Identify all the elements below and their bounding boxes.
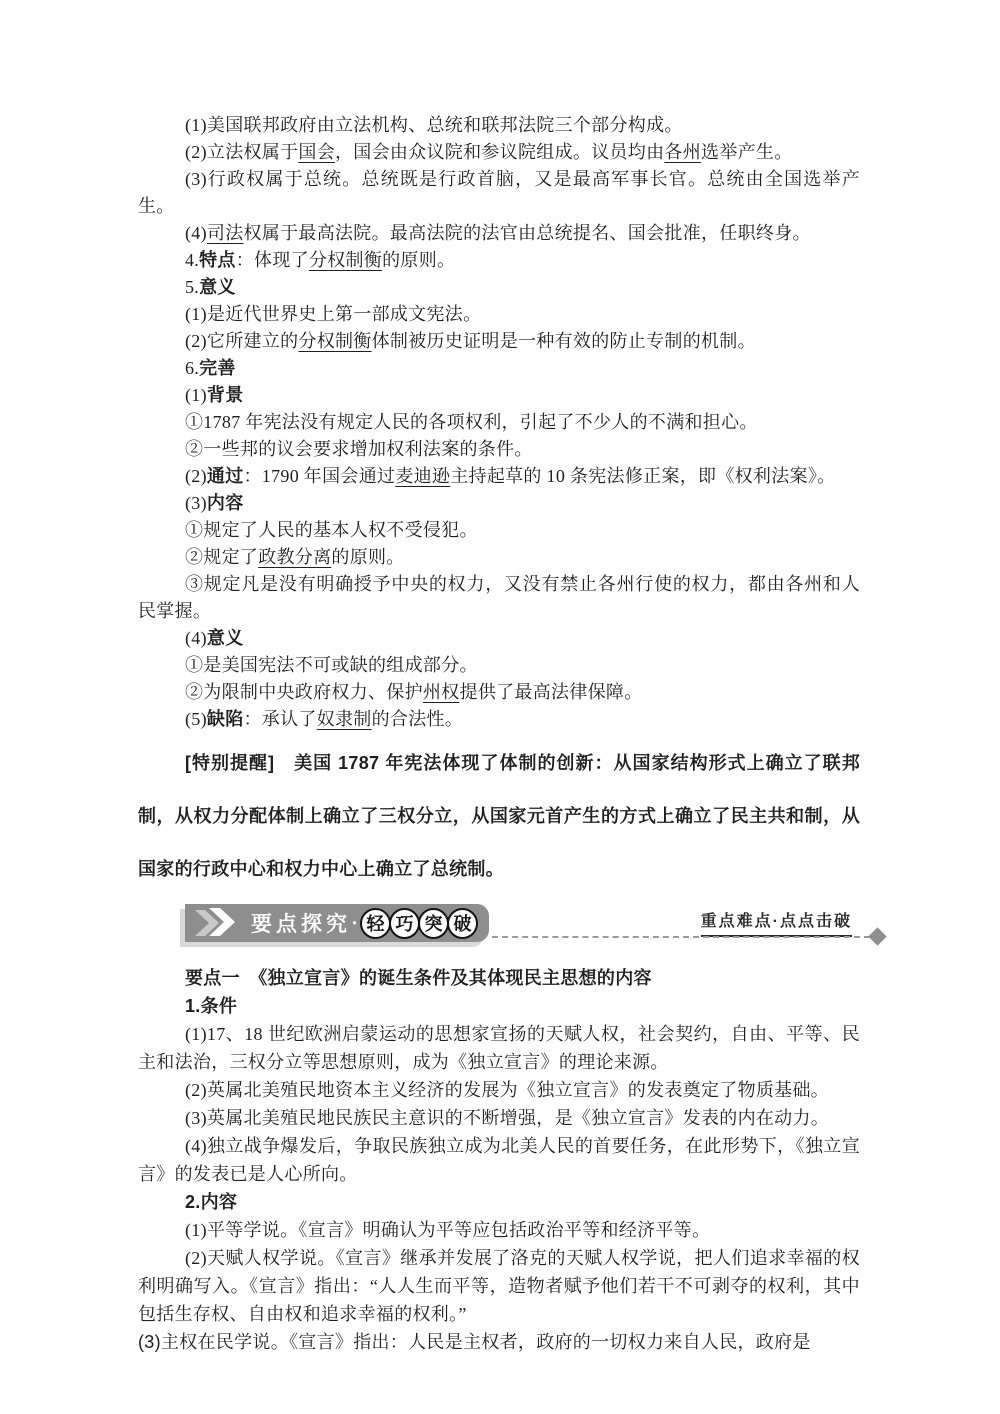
- text-run: 6.: [185, 358, 199, 378]
- text-run: 要点一 《独立宣言》的诞生条件及其体现民主思想的内容: [185, 968, 652, 988]
- text-run: (3): [185, 493, 207, 513]
- text-run: (1): [185, 385, 207, 405]
- banner-right-label: 重点难点·点点击破: [701, 908, 852, 937]
- text-paragraph: (5)缺陷：承认了奴隶制的合法性。: [138, 706, 860, 733]
- page-content: (1)美国联邦政府由立法机构、总统和联邦法院三个部分构成。(2)立法权属于国会，…: [138, 112, 860, 1356]
- text-run: (2)天赋人权学说。《宣言》继承并发展了洛克的天赋人权学说，把人们追求幸福的权利…: [138, 1248, 860, 1324]
- emphasis-text: 意义: [199, 277, 236, 297]
- text-run: 选举产生。: [701, 142, 793, 162]
- text-paragraph: 1.条件: [138, 992, 860, 1020]
- text-run: ②规定了: [185, 547, 258, 567]
- constitution-outline-section: (1)美国联邦政府由立法机构、总统和联邦法院三个部分构成。(2)立法权属于国会，…: [138, 112, 860, 733]
- text-run: 主持起草的 10 条宪法修正案，即《权利法案》。: [450, 466, 835, 486]
- text-paragraph: (2)立法权属于国会，国会由众议院和参议院组成。议员均由各州选举产生。: [138, 139, 860, 166]
- text-paragraph: (3)行政权属于总统。总统既是行政首脑，又是最高军事长官。总统由全国选举产生。: [138, 166, 860, 220]
- text-run: ，国会由众议院和参议院组成。议员均由: [335, 142, 664, 162]
- text-paragraph: ②规定了政教分离的原则。: [138, 544, 860, 571]
- text-paragraph: 2.内容: [138, 1188, 860, 1216]
- text-run: (4): [185, 223, 207, 243]
- text-paragraph: 4.特点：体现了分权制衡的原则。: [138, 247, 860, 274]
- text-run: 4.: [185, 250, 199, 270]
- text-paragraph: ①规定了人民的基本人权不受侵犯。: [138, 517, 860, 544]
- text-run: 提供了最高法律保障。: [460, 682, 643, 702]
- text-paragraph: ②一些邦的议会要求增加权利法案的条件。: [138, 436, 860, 463]
- text-paragraph: (2)天赋人权学说。《宣言》继承并发展了洛克的天赋人权学说，把人们追求幸福的权利…: [138, 1244, 860, 1328]
- document-page: (1)美国联邦政府由立法机构、总统和联邦法院三个部分构成。(2)立法权属于国会，…: [0, 0, 1000, 1414]
- banner-subtitle: 轻 巧 突 破: [362, 908, 478, 939]
- underlined-term: 司法: [207, 223, 244, 243]
- text-paragraph: (2)它所建立的分权制衡体制被历史证明是一种有效的防止专制的机制。: [138, 328, 860, 355]
- underlined-term: 奴隶制: [317, 709, 372, 729]
- underlined-term: 分权制衡: [298, 331, 371, 351]
- double-chevron-icon: [193, 907, 241, 939]
- text-paragraph: 6.完善: [138, 355, 860, 382]
- text-run: (2)它所建立的: [185, 331, 298, 351]
- text-paragraph: (4)独立战争爆发后，争取民族独立成为北美人民的首要任务，在此形势下，《独立宣言…: [138, 1132, 860, 1188]
- special-reminder-block: [特别提醒] 美国 1787 年宪法体现了体制的创新：从国家结构形式上确立了联邦…: [138, 737, 860, 896]
- emphasis-text: 通过: [207, 466, 244, 486]
- key-point-exploration-section: 要点一 《独立宣言》的诞生条件及其体现民主思想的内容1.条件(1)17、18 世…: [138, 964, 860, 1356]
- emphasis-text: 意义: [207, 628, 244, 648]
- text-run: 的合法性。: [372, 709, 464, 729]
- underlined-term: 政教分离: [258, 547, 331, 567]
- text-run: 权属于最高法院。最高法院的法官由总统提名、国会批准，任职终身。: [244, 223, 811, 243]
- banner-circle-char: 破: [447, 908, 478, 939]
- text-paragraph: ①是美国宪法不可或缺的组成部分。: [138, 652, 860, 679]
- text-run: (3)行政权属于总统。总统既是行政首脑，又是最高军事长官。总统由全国选举产生。: [138, 169, 860, 216]
- text-run: ①是美国宪法不可或缺的组成部分。: [185, 655, 478, 675]
- underlined-term: 州权: [423, 682, 460, 702]
- text-run: (1)平等学说。《宣言》明确认为平等应包括政治平等和经济平等。: [185, 1220, 710, 1240]
- text-paragraph: [特别提醒] 美国 1787 年宪法体现了体制的创新：从国家结构形式上确立了联邦…: [138, 737, 860, 896]
- text-run: 的原则。: [331, 547, 404, 567]
- text-run: 5.: [185, 277, 199, 297]
- underlined-term: 各州: [664, 142, 701, 162]
- text-paragraph: (1)17、18 世纪欧洲启蒙运动的思想家宣扬的天赋人权，社会契约，自由、平等、…: [138, 1020, 860, 1076]
- dashed-rule: [492, 936, 870, 938]
- text-paragraph: (2)通过：1790 年国会通过麦迪逊主持起草的 10 条宪法修正案，即《权利法…: [138, 463, 860, 490]
- text-paragraph: ③规定凡是没有明确授予中央的权力，又没有禁止各州行使的权力，都由各州和人民掌握。: [138, 571, 860, 625]
- text-run: (4)独立战争爆发后，争取民族独立成为北美人民的首要任务，在此形势下，《独立宣言…: [138, 1136, 860, 1184]
- text-paragraph: (1)平等学说。《宣言》明确认为平等应包括政治平等和经济平等。: [138, 1216, 860, 1244]
- banner-separator-dot: ·: [351, 911, 358, 936]
- text-run: 的原则。: [382, 250, 455, 270]
- text-paragraph: (1)美国联邦政府由立法机构、总统和联邦法院三个部分构成。: [138, 112, 860, 139]
- text-paragraph: (3)内容: [138, 490, 860, 517]
- text-run: 2.内容: [185, 1192, 237, 1212]
- text-run: ③规定凡是没有明确授予中央的权力，又没有禁止各州行使的权力，都由各州和人民掌握。: [138, 574, 860, 621]
- section-banner: 要点探究 · 轻 巧 突 破 重点难点·点点击破: [138, 902, 860, 948]
- text-run: (1)美国联邦政府由立法机构、总统和联邦法院三个部分构成。: [185, 115, 683, 135]
- emphasis-text: 特点: [199, 250, 236, 270]
- text-paragraph: (2)英属北美殖民地资本主义经济的发展为《独立宣言》的发表奠定了物质基础。: [138, 1076, 860, 1104]
- text-paragraph: (1)是近代世界史上第一部成文宪法。: [138, 301, 860, 328]
- emphasis-text: 完善: [199, 358, 236, 378]
- text-run: ①规定了人民的基本人权不受侵犯。: [185, 520, 478, 540]
- text-run: ：承认了: [244, 709, 317, 729]
- text-paragraph: (4)司法权属于最高法院。最高法院的法官由总统提名、国会批准，任职终身。: [138, 220, 860, 247]
- text-run: 体制被历史证明是一种有效的防止专制的机制。: [372, 331, 756, 351]
- text-paragraph: 5.意义: [138, 274, 860, 301]
- text-run: (2): [185, 466, 207, 486]
- text-paragraph: (3)英属北美殖民地民族民主意识的不断增强，是《独立宣言》发表的内在动力。: [138, 1104, 860, 1132]
- text-run: (4): [185, 628, 207, 648]
- text-run: 1.条件: [185, 996, 237, 1016]
- text-run: (5): [185, 709, 207, 729]
- emphasis-text: 背景: [207, 385, 244, 405]
- text-run: (2)英属北美殖民地资本主义经济的发展为《独立宣言》的发表奠定了物质基础。: [185, 1080, 829, 1100]
- text-run: [特别提醒] 美国 1787 年宪法体现了体制的创新：从国家结构形式上确立了联邦…: [138, 753, 860, 879]
- emphasis-text: 内容: [207, 493, 244, 513]
- underlined-term: 分权制衡: [309, 250, 382, 270]
- underlined-term: 麦迪逊: [395, 466, 450, 486]
- underlined-term: 国会: [298, 142, 335, 162]
- text-run: ①1787 年宪法没有规定人民的各项权利，引起了不少人的不满和担心。: [185, 412, 758, 432]
- text-run: (3)主权在民学说。《宣言》指出：人民是主权者，政府的一切权力来自人民，政府是: [138, 1332, 811, 1352]
- diamond-icon: [868, 927, 886, 945]
- emphasis-text: 缺陷: [207, 709, 244, 729]
- text-paragraph: ①1787 年宪法没有规定人民的各项权利，引起了不少人的不满和担心。: [138, 409, 860, 436]
- banner-title: 要点探究: [251, 908, 351, 938]
- banner-circle-char: 巧: [389, 908, 420, 939]
- text-paragraph: ②为限制中央政府权力、保护州权提供了最高法律保障。: [138, 679, 860, 706]
- text-run: (1)是近代世界史上第一部成文宪法。: [185, 304, 481, 324]
- text-run: ：体现了: [236, 250, 309, 270]
- text-paragraph: (4)意义: [138, 625, 860, 652]
- text-run: ：1790 年国会通过: [244, 466, 396, 486]
- text-run: (1)17、18 世纪欧洲启蒙运动的思想家宣扬的天赋人权，社会契约，自由、平等、…: [138, 1024, 860, 1072]
- banner-bar: 要点探究 · 轻 巧 突 破: [185, 904, 489, 942]
- banner-circle-char: 轻: [360, 908, 391, 939]
- text-run: ②一些邦的议会要求增加权利法案的条件。: [185, 439, 533, 459]
- text-run: (2)立法权属于: [185, 142, 298, 162]
- text-paragraph: (3)主权在民学说。《宣言》指出：人民是主权者，政府的一切权力来自人民，政府是: [138, 1328, 860, 1356]
- banner-circle-char: 突: [418, 908, 449, 939]
- text-paragraph: 要点一 《独立宣言》的诞生条件及其体现民主思想的内容: [138, 964, 860, 992]
- text-run: (3)英属北美殖民地民族民主意识的不断增强，是《独立宣言》发表的内在动力。: [185, 1108, 829, 1128]
- text-run: ②为限制中央政府权力、保护: [185, 682, 423, 702]
- text-paragraph: (1)背景: [138, 382, 860, 409]
